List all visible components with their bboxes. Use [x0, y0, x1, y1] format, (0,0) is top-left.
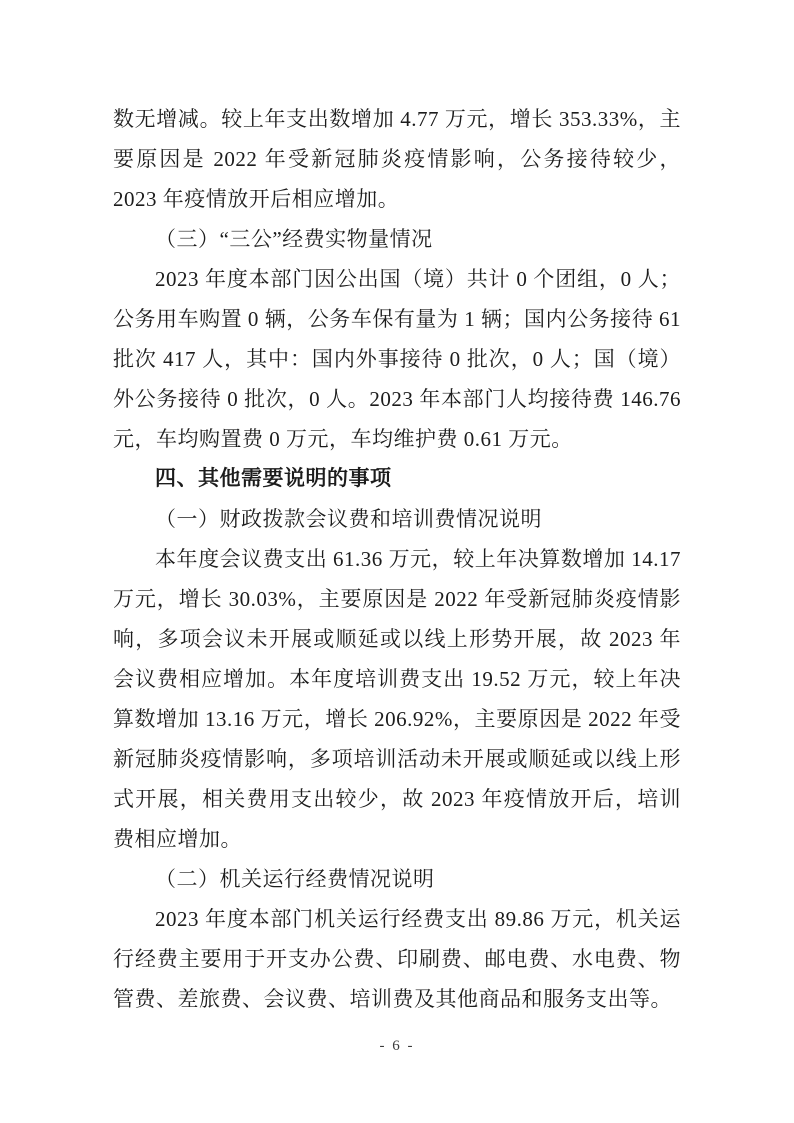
paragraph-three-public-expense-change: 数无增减。较上年支出数增加 4.77 万元，增长 353.33%，主要原因是 2… — [113, 99, 681, 219]
paragraph-three-public-physical-quantity: 2023 年度本部门因公出国（境）共计 0 个团组，0 人；公务用车购置 0 辆… — [113, 259, 681, 459]
paragraph-agency-operating-funds: 2023 年度本部门机关运行经费支出 89.86 万元，机关运行经费主要用于开支… — [113, 899, 681, 1019]
subheading-agency-operating-funds: （二）机关运行经费情况说明 — [113, 859, 681, 899]
paragraph-meeting-training-fees: 本年度会议费支出 61.36 万元，较上年决算数增加 14.17 万元，增长 3… — [113, 539, 681, 859]
page-number: - 6 - — [0, 1038, 794, 1055]
subheading-three-public-physical-quantity: （三）“三公”经费实物量情况 — [113, 219, 681, 259]
subheading-meeting-training-fees: （一）财政拨款会议费和培训费情况说明 — [113, 499, 681, 539]
document-page: 数无增减。较上年支出数增加 4.77 万元，增长 353.33%，主要原因是 2… — [0, 0, 794, 1123]
document-body: 数无增减。较上年支出数增加 4.77 万元，增长 353.33%，主要原因是 2… — [113, 99, 681, 1019]
heading-other-matters: 四、其他需要说明的事项 — [113, 459, 681, 499]
